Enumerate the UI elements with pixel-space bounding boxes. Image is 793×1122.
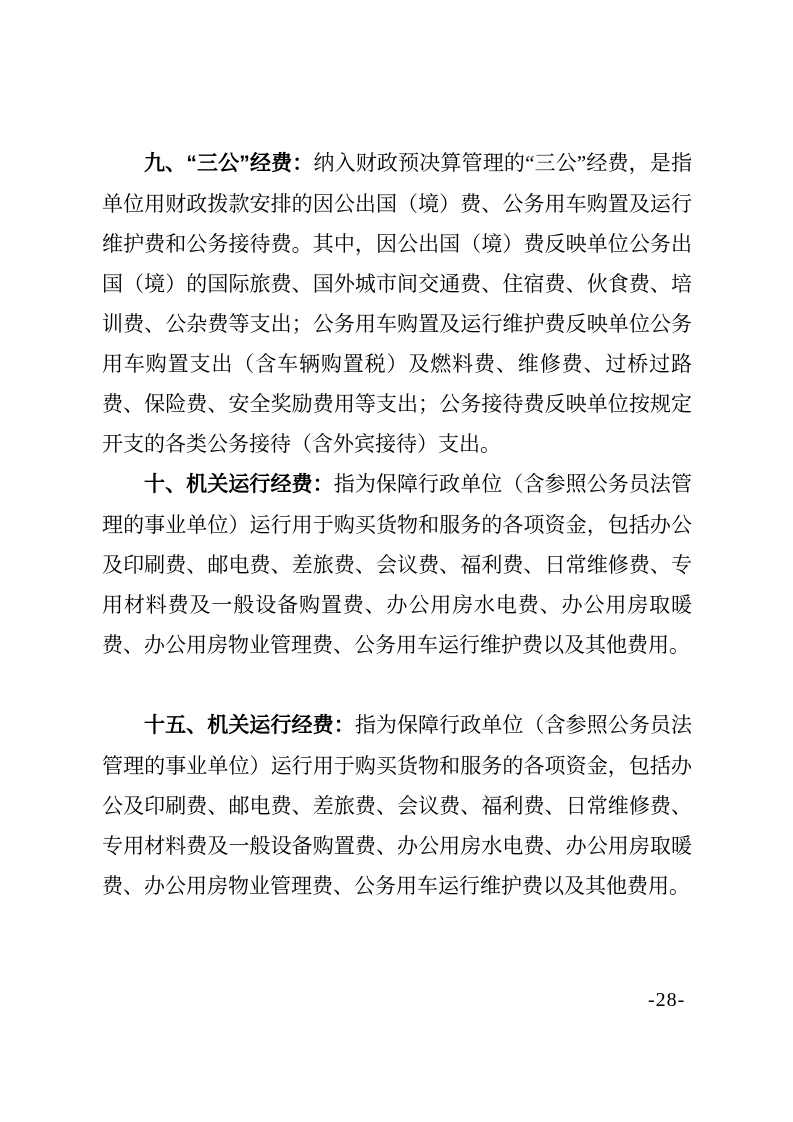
paragraph-heading: 十五、机关运行经费： bbox=[144, 714, 355, 737]
paragraph-heading: 九、“三公”经费： bbox=[144, 152, 313, 175]
document-body: 九、“三公”经费：纳入财政预决算管理的“三公”经费，是指单位用财政拨款安排的因公… bbox=[102, 143, 692, 906]
paragraph-ten-operating-expenses: 十、机关运行经费：指为保障行政单位（含参照公务员法管理的事业单位）运行用于购买货… bbox=[102, 464, 692, 665]
paragraph-nine-sangong-expenses: 九、“三公”经费：纳入财政预决算管理的“三公”经费，是指单位用财政拨款安排的因公… bbox=[102, 143, 692, 464]
paragraph-fifteen-operating-expenses: 十五、机关运行经费：指为保障行政单位（含参照公务员法管理的事业单位）运行用于购买… bbox=[102, 705, 692, 906]
page-number: -28- bbox=[648, 988, 708, 1012]
document-page: 九、“三公”经费：纳入财政预决算管理的“三公”经费，是指单位用财政拨款安排的因公… bbox=[0, 0, 793, 1122]
paragraph-text: 指为保障行政单位（含参照公务员法管理的事业单位）运行用于购买货物和服务的各项资金… bbox=[102, 713, 692, 898]
paragraph-text: 指为保障行政单位（含参照公务员法管理的事业单位）运行用于购买货物和服务的各项资金… bbox=[102, 472, 692, 657]
paragraph-heading: 十、机关运行经费： bbox=[144, 473, 334, 496]
paragraph-text: 纳入财政预决算管理的“三公”经费，是指单位用财政拨款安排的因公出国（境）费、公务… bbox=[102, 151, 692, 456]
